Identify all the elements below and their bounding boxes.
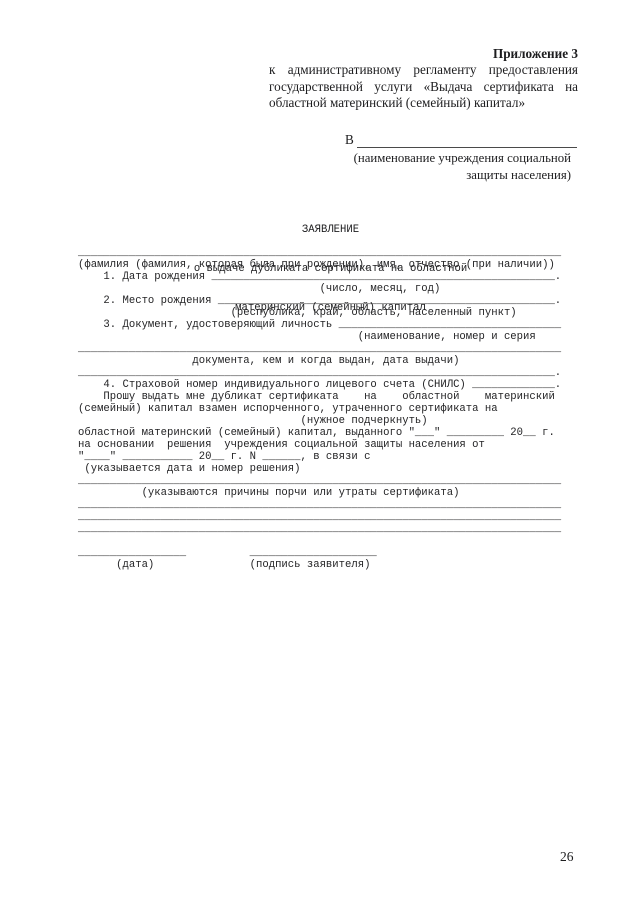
appendix-header-line: областной материнский (семейный) капитал…: [269, 95, 578, 111]
addressee-block: В (наименование учреждения социальной за…: [345, 132, 577, 183]
application-title-line: ЗАЯВЛЕНИЕ: [78, 224, 583, 237]
addressee-field: В: [345, 132, 577, 148]
addressee-prefix: В: [345, 132, 354, 148]
appendix-header: Приложение 3 к административному регламе…: [269, 46, 578, 111]
appendix-header-line: к административному регламенту предостав…: [269, 62, 578, 78]
form-body: ________________________________________…: [78, 247, 561, 571]
appendix-header-line: государственной услуги «Выдача сертифика…: [269, 79, 578, 95]
addressee-blank-line: [357, 133, 577, 148]
page-number: 26: [560, 849, 574, 865]
addressee-caption: (наименование учреждения социальной защи…: [345, 150, 577, 183]
document-page: Приложение 3 к административному регламе…: [0, 0, 640, 905]
addressee-caption-line: защиты населения): [345, 167, 571, 184]
addressee-caption-line: (наименование учреждения социальной: [345, 150, 571, 167]
appendix-title: Приложение 3: [269, 46, 578, 62]
